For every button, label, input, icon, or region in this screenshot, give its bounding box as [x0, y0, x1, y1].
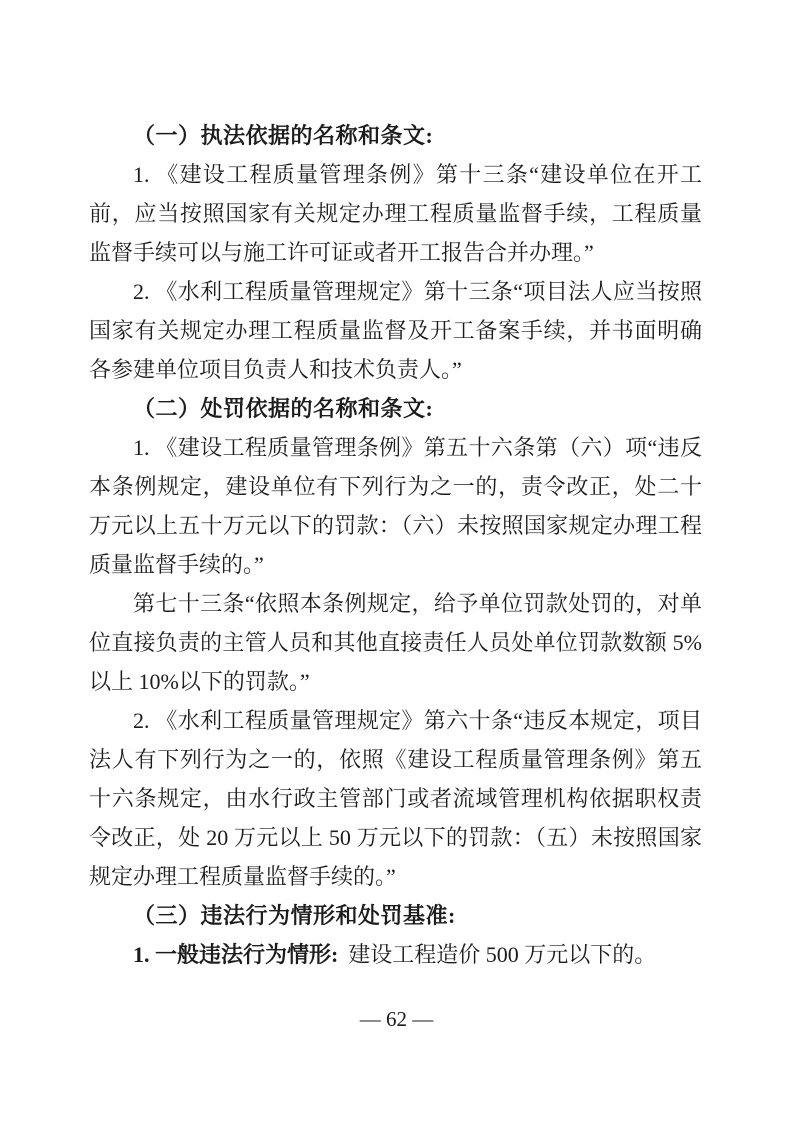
body-paragraph: 1. 《建设工程质量管理条例》第十三条“建设单位在开工前，应当按照国家有关规定办…: [89, 155, 702, 272]
section-heading: （三）违法行为情形和处罚基准:: [89, 896, 702, 935]
paragraph-lead-label: 1. 一般违法行为情形:: [133, 942, 338, 967]
body-paragraph: 1. 一般违法行为情形:建设工程造价 500 万元以下的。: [89, 935, 702, 974]
page-number: — 62 —: [0, 1000, 793, 1039]
paragraph-text: 建设工程造价 500 万元以下的。: [348, 942, 656, 967]
document-body: （一）执法依据的名称和条文:1. 《建设工程质量管理条例》第十三条“建设单位在开…: [89, 116, 702, 974]
body-paragraph: 1. 《建设工程质量管理条例》第五十六条第（六）项“违反本条例规定，建设单位有下…: [89, 428, 702, 584]
document-page: （一）执法依据的名称和条文:1. 《建设工程质量管理条例》第十三条“建设单位在开…: [0, 0, 793, 1122]
section-heading: （一）执法依据的名称和条文:: [89, 116, 702, 155]
body-paragraph: 2. 《水利工程质量管理规定》第十三条“项目法人应当按照国家有关规定办理工程质量…: [89, 272, 702, 389]
section-heading: （二）处罚依据的名称和条文:: [89, 389, 702, 428]
body-paragraph: 第七十三条“依照本条例规定，给予单位罚款处罚的，对单位直接负责的主管人员和其他直…: [89, 584, 702, 701]
body-paragraph: 2. 《水利工程质量管理规定》第六十条“违反本规定，项目法人有下列行为之一的，依…: [89, 701, 702, 896]
